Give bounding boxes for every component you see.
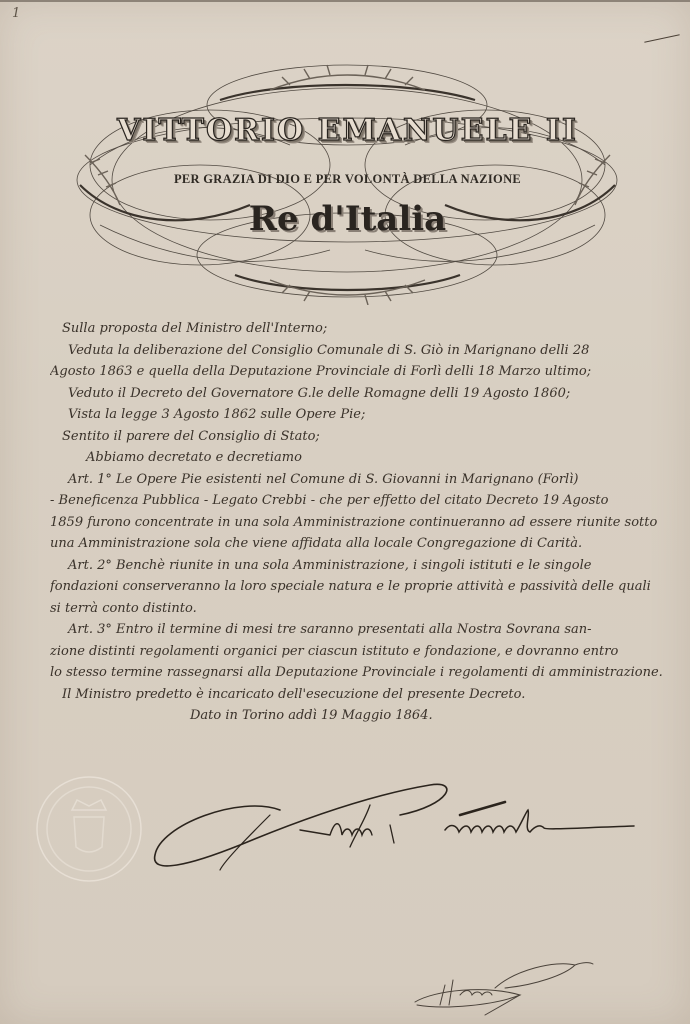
decree-line: Veduta la deliberazione del Consiglio Co… [62,340,687,362]
article-1-line: Art. 1° Le Opere Pie esistenti nel Comun… [62,469,687,491]
folio-mark: 1 [12,6,20,21]
letterhead: VITTORIO EMANUELE II PER GRAZIA DI DIO E… [60,55,635,305]
decree-line: Il Ministro predetto è incaricato dell'e… [62,684,687,706]
decree-line: si terrà conto distinto. [50,598,687,620]
decree-line: fondazioni conserveranno la loro special… [50,576,687,598]
embossed-seal-icon [32,772,147,887]
date-line: Dato in Torino addì 19 Maggio 1864. [62,705,687,727]
grace-formula: PER GRAZIA DI DIO E PER VOLONTÀ DELLA NA… [60,172,635,187]
decree-line: Veduto il Decreto del Governatore G.le d… [62,383,687,405]
decree-line: 1859 furono concentrate in una sola Ammi… [50,512,687,534]
decree-line: - Beneficenza Pubblica - Legato Crebbi -… [50,490,687,512]
decree-line: Sulla proposta del Ministro dell'Interno… [62,318,687,340]
article-3-line: Art. 3° Entro il termine di mesi tre sar… [62,619,687,641]
royal-signature-icon [150,775,690,875]
decree-line: una Amministrazione sola che viene affid… [50,533,687,555]
article-2-line: Art. 2° Benchè riunite in una sola Ammin… [62,555,687,577]
decree-line: lo stesso termine rassegnarsi alla Deput… [50,662,687,684]
decree-line: Vista la legge 3 Agosto 1862 sulle Opere… [62,404,687,426]
king-name-heading: VITTORIO EMANUELE II [60,113,635,148]
page-top-edge [0,0,690,2]
corner-pen-mark [644,34,679,42]
decree-line: zione distinti regolamenti organici per … [50,641,687,663]
decree-line: Agosto 1863 e quella della Deputazione P… [50,361,687,383]
decree-body: Sulla proposta del Ministro dell'Interno… [62,318,687,727]
royal-title: Re d'Italia [60,199,635,239]
decree-line: Sentito il parere del Consiglio di Stato… [62,426,687,448]
countersignature-icon [405,950,595,1020]
document-page: 1 [0,0,690,1024]
decree-line: Abbiamo decretato e decretiamo [62,447,687,469]
